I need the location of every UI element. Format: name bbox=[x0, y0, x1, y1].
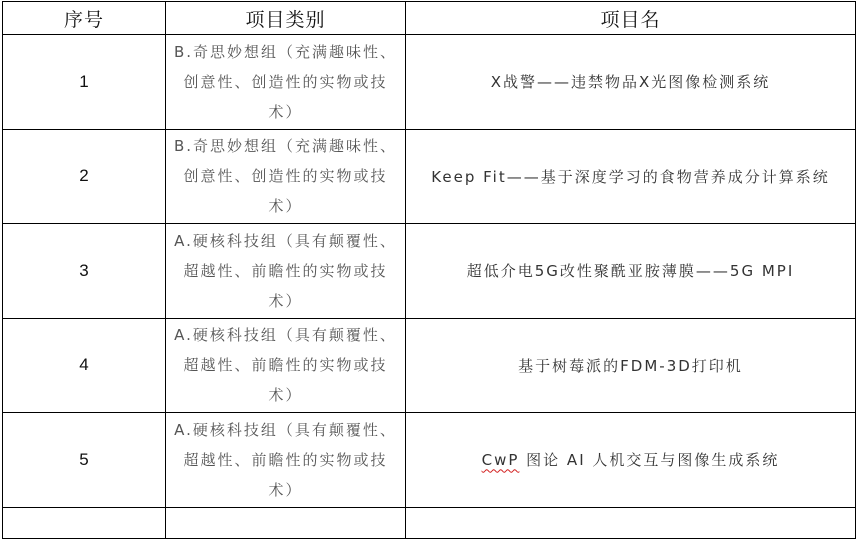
table-row: 5 A.硬核科技组（具有颠覆性、 超越性、前瞻性的实物或技 术） CwP 图论 … bbox=[3, 413, 856, 508]
cell-no[interactable]: 3 bbox=[3, 224, 166, 319]
cell-category[interactable]: B.奇思妙想组（充满趣味性、 创意性、创造性的实物或技 术） bbox=[166, 35, 406, 130]
category-line: 超越性、前瞻性的实物或技 bbox=[172, 256, 399, 286]
header-category: 项目类别 bbox=[166, 2, 406, 35]
table-row: 4 A.硬核科技组（具有颠覆性、 超越性、前瞻性的实物或技 术） 基于树莓派的F… bbox=[3, 318, 856, 413]
header-row: 序号 项目类别 项目名 bbox=[3, 2, 856, 35]
cell-no[interactable]: 2 bbox=[3, 129, 166, 224]
cell-project-name[interactable] bbox=[406, 507, 856, 538]
cell-category[interactable]: A.硬核科技组（具有颠覆性、 超越性、前瞻性的实物或技 术） bbox=[166, 224, 406, 319]
cell-project-name[interactable]: X战警——违禁物品X光图像检测系统 bbox=[406, 35, 856, 130]
cell-no[interactable]: 5 bbox=[3, 413, 166, 508]
category-line: 术） bbox=[172, 286, 399, 316]
cell-project-name[interactable]: CwP 图论 AI 人机交互与图像生成系统 bbox=[406, 413, 856, 508]
cell-no[interactable]: 4 bbox=[3, 318, 166, 413]
category-line: 超越性、前瞻性的实物或技 bbox=[172, 350, 399, 380]
header-no: 序号 bbox=[3, 2, 166, 35]
category-line: B.奇思妙想组（充满趣味性、 bbox=[172, 37, 399, 67]
category-line: A.硬核科技组（具有颠覆性、 bbox=[172, 320, 399, 350]
category-line: 创意性、创造性的实物或技 bbox=[172, 67, 399, 97]
cell-project-name[interactable]: 基于树莓派的FDM-3D打印机 bbox=[406, 318, 856, 413]
cell-project-name[interactable]: Keep Fit——基于深度学习的食物营养成分计算系统 bbox=[406, 129, 856, 224]
category-line: 创意性、创造性的实物或技 bbox=[172, 161, 399, 191]
category-line: A.硬核科技组（具有颠覆性、 bbox=[172, 226, 399, 256]
category-line: 术） bbox=[172, 475, 399, 505]
project-table: 序号 项目类别 项目名 1 B.奇思妙想组（充满趣味性、 创意性、创造性的实物或… bbox=[2, 1, 856, 539]
project-name-text: 图论 AI 人机交互与图像生成系统 bbox=[519, 451, 779, 469]
cell-project-name[interactable]: 超低介电5G改性聚酰亚胺薄膜——5G MPI bbox=[406, 224, 856, 319]
cell-no[interactable]: 1 bbox=[3, 35, 166, 130]
category-line: B.奇思妙想组（充满趣味性、 bbox=[172, 131, 399, 161]
header-name: 项目名 bbox=[406, 2, 856, 35]
table-row: 2 B.奇思妙想组（充满趣味性、 创意性、创造性的实物或技 术） Keep Fi… bbox=[3, 129, 856, 224]
category-line: 术） bbox=[172, 191, 399, 221]
table-row: 3 A.硬核科技组（具有颠覆性、 超越性、前瞻性的实物或技 术） 超低介电5G改… bbox=[3, 224, 856, 319]
cell-category[interactable]: A.硬核科技组（具有颠覆性、 超越性、前瞻性的实物或技 术） bbox=[166, 318, 406, 413]
spellcheck-flagged-word[interactable]: CwP bbox=[482, 451, 520, 469]
cell-category[interactable]: B.奇思妙想组（充满趣味性、 创意性、创造性的实物或技 术） bbox=[166, 129, 406, 224]
cell-no[interactable] bbox=[3, 507, 166, 538]
table-row: 1 B.奇思妙想组（充满趣味性、 创意性、创造性的实物或技 术） X战警——违禁… bbox=[3, 35, 856, 130]
category-line: A.硬核科技组（具有颠覆性、 bbox=[172, 415, 399, 445]
table-row-empty bbox=[3, 507, 856, 538]
cell-category[interactable] bbox=[166, 507, 406, 538]
cell-category[interactable]: A.硬核科技组（具有颠覆性、 超越性、前瞻性的实物或技 术） bbox=[166, 413, 406, 508]
category-line: 术） bbox=[172, 380, 399, 410]
category-line: 超越性、前瞻性的实物或技 bbox=[172, 445, 399, 475]
category-line: 术） bbox=[172, 97, 399, 127]
